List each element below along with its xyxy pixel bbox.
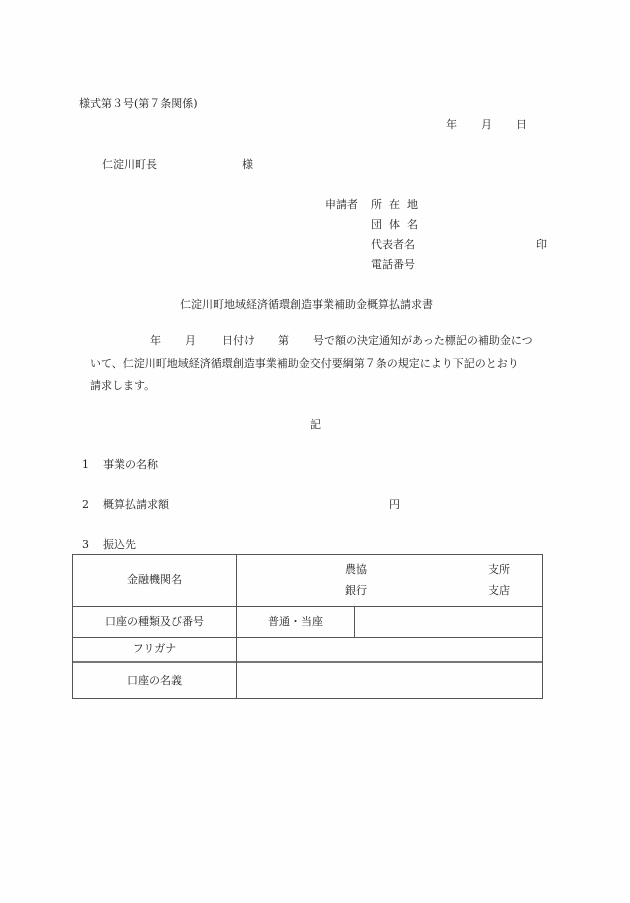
furigana-field[interactable] [237,638,542,661]
organization-label: 団体名 [371,218,425,232]
item-label: 概算払請求額 [103,498,169,512]
account-type-header: 口座の種類及び番号 [73,615,236,629]
account-holder-header: 口座の名義 [73,674,236,688]
bank-transfer-table: 金融機関名 農協 銀行 支所 支店 口座の種類及び番号 普通・当座 フリガナ 口… [72,554,543,699]
agri-coop-label: 農協 [345,563,367,577]
bank-name-header: 金融機関名 [73,573,236,587]
body-line2: いて、仁淀川町地域経済循環創造事業補助金交付要綱第７条の規定により下記のとおり [90,357,519,371]
item-number: 1 [82,458,89,472]
item-number: 2 [82,498,89,512]
body-year: 年 [150,334,161,348]
body-rest: 号で額の決定通知があった標記の補助金につ [313,334,533,348]
body-month: 月 [185,334,196,348]
branch-office-label: 支所 [488,563,510,577]
year-label: 年 [446,118,457,132]
body-line3: 請求します。 [90,379,155,393]
body-no: 第 [278,334,289,348]
representative-label: 代表者名 [371,238,415,252]
phone-label: 電話番号 [371,258,415,272]
bank-label: 銀行 [345,584,367,598]
yen-unit: 円 [389,498,400,512]
body-dated: 日付け [222,334,255,348]
item-number: 3 [82,538,89,552]
seal-mark: 印 [536,238,547,252]
account-number-field[interactable] [355,607,542,637]
account-holder-field[interactable] [237,663,542,698]
addressee-honorific: 様 [242,158,253,172]
item-label: 振込先 [103,538,136,552]
account-type-options[interactable]: 普通・当座 [237,615,354,629]
address-label: 所在地 [371,198,425,212]
form-number: 様式第３号(第７条関係) [79,97,198,111]
ki-heading: 記 [310,418,321,432]
furigana-header: フリガナ [73,642,236,656]
month-label: 月 [481,118,492,132]
branch-label: 支店 [488,584,510,598]
item-label: 事業の名称 [103,458,158,472]
addressee-name: 仁淀川町長 [102,158,157,172]
applicant-label: 申請者 [325,198,358,212]
document-title: 仁淀川町地域経済循環創造事業補助金概算払請求書 [180,298,433,312]
day-label: 日 [516,118,527,132]
